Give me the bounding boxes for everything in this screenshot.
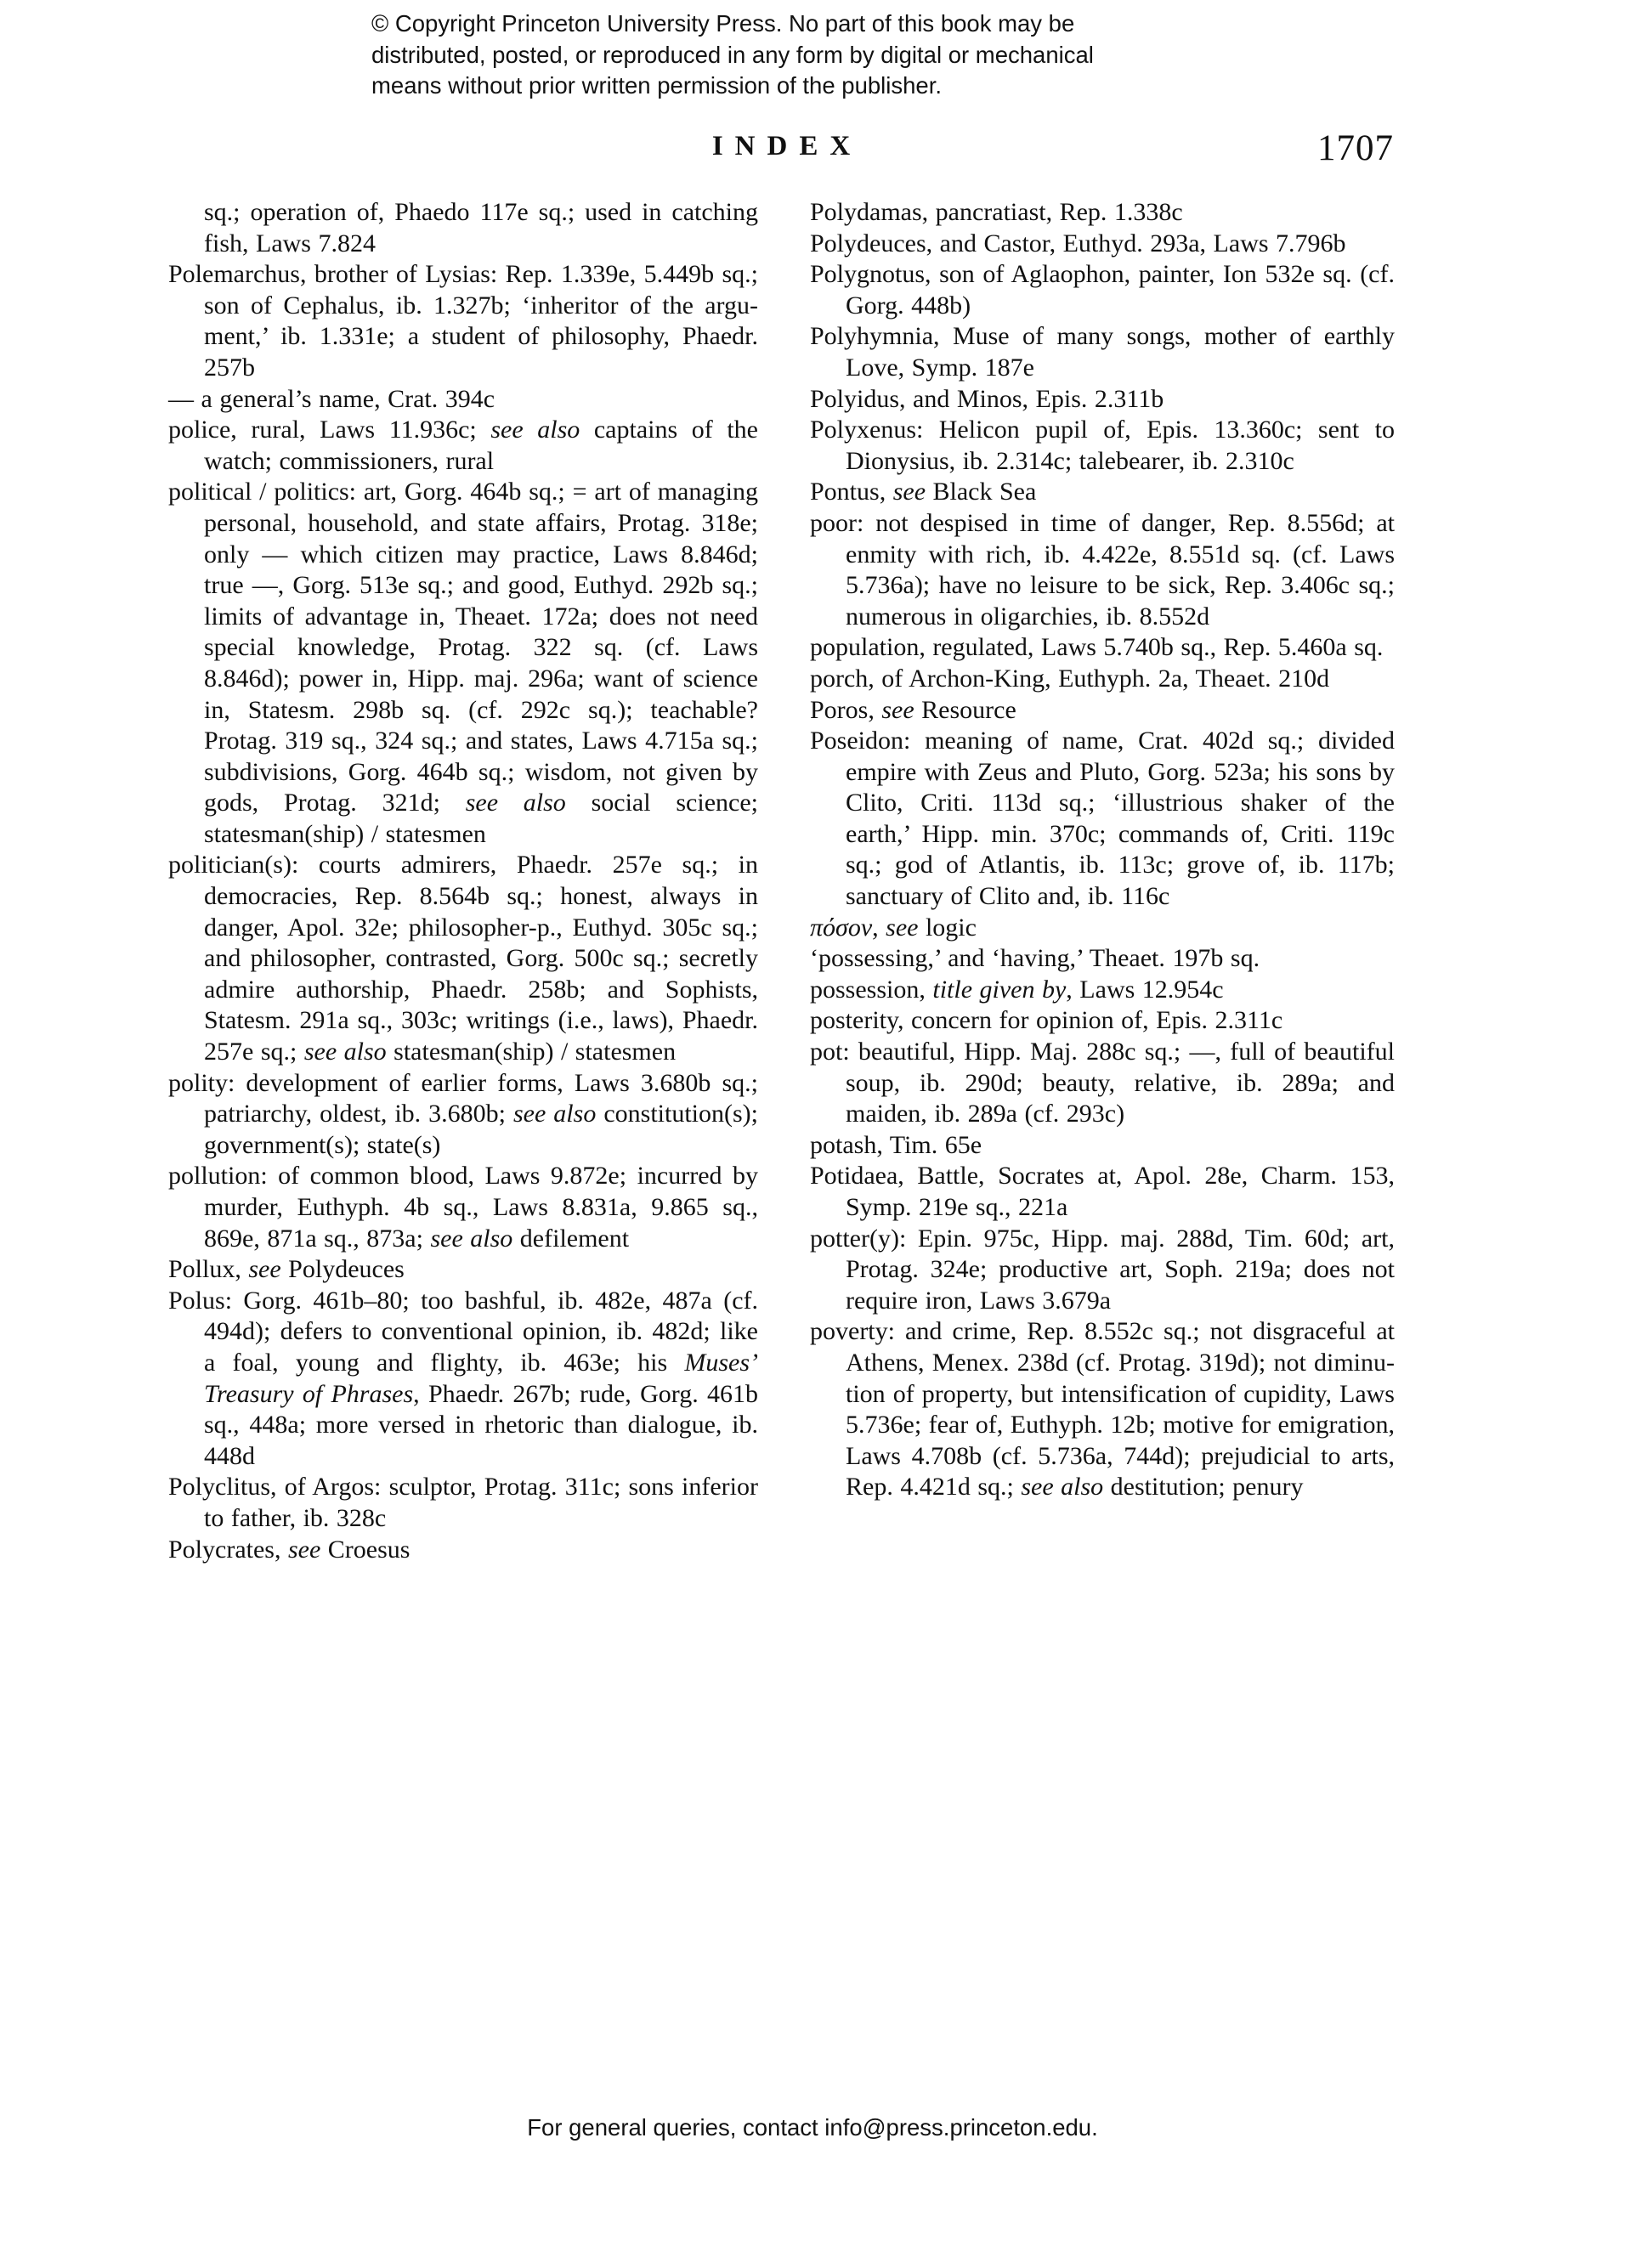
entry-italic-text: see bbox=[893, 478, 926, 506]
entry-text: Polydeuces, and Castor, Euthyd. 293a, La… bbox=[810, 229, 1346, 257]
entry-text: Black Sea bbox=[926, 478, 1036, 506]
entry-text: Polyclitus, of Argos: sculptor, Protag. … bbox=[168, 1473, 758, 1532]
index-entry: Polygnotus, son of Aglaophon, painter, I… bbox=[810, 259, 1395, 321]
index-entry: politician(s): courts admirers, Phaedr. … bbox=[168, 850, 758, 1067]
entry-text: Resource bbox=[914, 696, 1016, 724]
index-entry: Polydeuces, and Castor, Euthyd. 293a, La… bbox=[810, 229, 1395, 260]
index-entry: potash, Tim. 65e bbox=[810, 1130, 1395, 1162]
entry-italic-text: see also bbox=[466, 789, 566, 817]
page-number: 1707 bbox=[1317, 127, 1394, 169]
index-entry: πόσον, see logic bbox=[810, 913, 1395, 944]
entry-text: Polygnotus, son of Aglaophon, painter, I… bbox=[810, 260, 1395, 320]
entry-text: porch, of Archon-King, Euthyph. 2a, Thea… bbox=[810, 665, 1329, 693]
entry-text: politician(s): courts admirers, Phaedr. … bbox=[168, 851, 758, 1066]
entry-text: — a general’s name, Crat. 394c bbox=[168, 385, 495, 413]
index-entry: Polyidus, and Minos, Epis. 2.311b bbox=[810, 384, 1395, 416]
entry-text: Polydamas, pancratiast, Rep. 1.338c bbox=[810, 198, 1183, 226]
entry-text: Poros, bbox=[810, 696, 881, 724]
entry-italic-text: see bbox=[288, 1536, 320, 1564]
footer-contact: For general queries, contact info@press.… bbox=[0, 2114, 1625, 2141]
index-entry: polity: development of earlier forms, La… bbox=[168, 1068, 758, 1162]
entry-text: Potidaea, Battle, Socrates at, Apol. 28e… bbox=[810, 1162, 1395, 1221]
index-entry: Polycrates, see Croesus bbox=[168, 1535, 758, 1566]
index-entry: population, regulated, Laws 5.740b sq., … bbox=[810, 632, 1395, 664]
entry-text: potter(y): Epin. 975c, Hipp. maj. 288d, … bbox=[810, 1224, 1395, 1315]
entry-text: Polycrates, bbox=[168, 1536, 288, 1564]
index-entry: Polyhymnia, Muse of many songs, mother o… bbox=[810, 321, 1395, 383]
index-entry: Polus: Gorg. 461b–80; too bashful, ib. 4… bbox=[168, 1286, 758, 1473]
index-entry: possession, title given by, Laws 12.954c bbox=[810, 975, 1395, 1006]
copyright-notice: © Copyright Princeton University Press. … bbox=[371, 8, 1187, 102]
entry-text: Pollux, bbox=[168, 1255, 248, 1283]
entry-text: Poseidon: meaning of name, Crat. 402d sq… bbox=[810, 727, 1395, 910]
index-entry: posterity, concern for opinion of, Epis.… bbox=[810, 1005, 1395, 1037]
index-entry: poverty: and crime, Rep. 8.552c sq.; not… bbox=[810, 1316, 1395, 1503]
entry-italic-text: see also bbox=[1021, 1473, 1103, 1501]
index-entry: poor: not despised in time of dan­ger, R… bbox=[810, 508, 1395, 632]
index-entry: Pontus, see Black Sea bbox=[810, 477, 1395, 508]
entry-text: logic bbox=[918, 913, 977, 942]
entry-italic-text: see also bbox=[490, 416, 580, 444]
entry-text: statesman(ship) / statesmen bbox=[387, 1038, 676, 1066]
copyright-line: means without prior written permission o… bbox=[371, 71, 1187, 102]
entry-italic-text: πόσον bbox=[810, 913, 872, 942]
index-entry: porch, of Archon-King, Euthyph. 2a, Thea… bbox=[810, 664, 1395, 695]
entry-text: Polyidus, and Minos, Epis. 2.311b bbox=[810, 385, 1164, 413]
entry-text: Croesus bbox=[320, 1536, 410, 1564]
index-entry: Polyxenus: Helicon pupil of, Epis. 13.36… bbox=[810, 415, 1395, 477]
entry-text: population, regulated, Laws 5.740b sq., … bbox=[810, 633, 1383, 661]
copyright-line: distributed, posted, or reproduced in an… bbox=[371, 40, 1187, 71]
entry-text: political / politics: art, Gorg. 464b sq… bbox=[168, 478, 758, 817]
index-entry: Polydamas, pancratiast, Rep. 1.338c bbox=[810, 197, 1395, 229]
index-entry: Poros, see Resource bbox=[810, 695, 1395, 727]
entry-text: posterity, concern for opinion of, Epis.… bbox=[810, 1006, 1282, 1034]
entry-italic-text: see also bbox=[430, 1224, 512, 1253]
entry-italic-text: see bbox=[886, 913, 918, 942]
index-entry: political / politics: art, Gorg. 464b sq… bbox=[168, 477, 758, 850]
entry-text: poor: not despised in time of dan­ger, R… bbox=[810, 509, 1395, 631]
entry-italic-text: see bbox=[248, 1255, 280, 1283]
entry-text: police, rural, Laws 11.936c; bbox=[168, 416, 490, 444]
entry-text: defilement bbox=[512, 1224, 629, 1253]
entry-italic-text: see bbox=[881, 696, 914, 724]
entry-italic-text: see also bbox=[513, 1100, 596, 1128]
entry-text: Polydeuces bbox=[281, 1255, 405, 1283]
index-entry: pollution: of common blood, Laws 9.872e;… bbox=[168, 1161, 758, 1254]
entry-text: possession, bbox=[810, 976, 932, 1004]
entry-text: ‘possessing,’ and ‘having,’ Theaet. 197b… bbox=[810, 944, 1260, 972]
index-entry: ‘possessing,’ and ‘having,’ Theaet. 197b… bbox=[810, 943, 1395, 975]
entry-italic-text: title given by bbox=[932, 976, 1066, 1004]
entry-text: potash, Tim. 65e bbox=[810, 1131, 982, 1159]
index-entry: potter(y): Epin. 975c, Hipp. maj. 288d, … bbox=[810, 1224, 1395, 1317]
entry-text: destitution; pen­ury bbox=[1103, 1473, 1303, 1501]
entry-text: , Laws 12.954c bbox=[1066, 976, 1223, 1004]
entry-text: sq.; operation of, Phaedo 117e sq.; used… bbox=[204, 198, 758, 257]
index-entry: pot: beautiful, Hipp. Maj. 288c sq.; —, … bbox=[810, 1037, 1395, 1130]
entry-text: Polyxenus: Helicon pupil of, Epis. 13.36… bbox=[810, 416, 1395, 475]
index-column-right: Polydamas, pancratiast, Rep. 1.338cPolyd… bbox=[810, 197, 1395, 1503]
running-head: INDEX 1707 bbox=[168, 127, 1394, 178]
index-entry: sq.; operation of, Phaedo 117e sq.; used… bbox=[168, 197, 758, 259]
index-entry: Pollux, see Polydeuces bbox=[168, 1254, 758, 1286]
entry-italic-text: see also bbox=[304, 1038, 387, 1066]
index-entry: police, rural, Laws 11.936c; see also ca… bbox=[168, 415, 758, 477]
index-entry: Potidaea, Battle, Socrates at, Apol. 28e… bbox=[810, 1161, 1395, 1223]
index-entry: — a general’s name, Crat. 394c bbox=[168, 384, 758, 416]
entry-text: Polyhymnia, Muse of many songs, mother o… bbox=[810, 322, 1395, 382]
running-title: INDEX bbox=[168, 131, 1394, 162]
entry-text: , bbox=[872, 913, 886, 942]
copyright-line: © Copyright Princeton University Press. … bbox=[371, 8, 1187, 40]
index-entry: Polemarchus, brother of Lysias: Rep. 1.3… bbox=[168, 259, 758, 383]
index-column-left: sq.; operation of, Phaedo 117e sq.; used… bbox=[168, 197, 758, 1565]
entry-text: Polemarchus, brother of Lysias: Rep. 1.3… bbox=[168, 260, 758, 382]
index-entry: Polyclitus, of Argos: sculptor, Protag. … bbox=[168, 1472, 758, 1534]
index-entry: Poseidon: meaning of name, Crat. 402d sq… bbox=[810, 726, 1395, 913]
entry-text: Polus: Gorg. 461b–80; too bashful, ib. 4… bbox=[168, 1287, 758, 1377]
entry-text: Pontus, bbox=[810, 478, 893, 506]
entry-text: pot: beautiful, Hipp. Maj. 288c sq.; —, … bbox=[810, 1038, 1395, 1128]
